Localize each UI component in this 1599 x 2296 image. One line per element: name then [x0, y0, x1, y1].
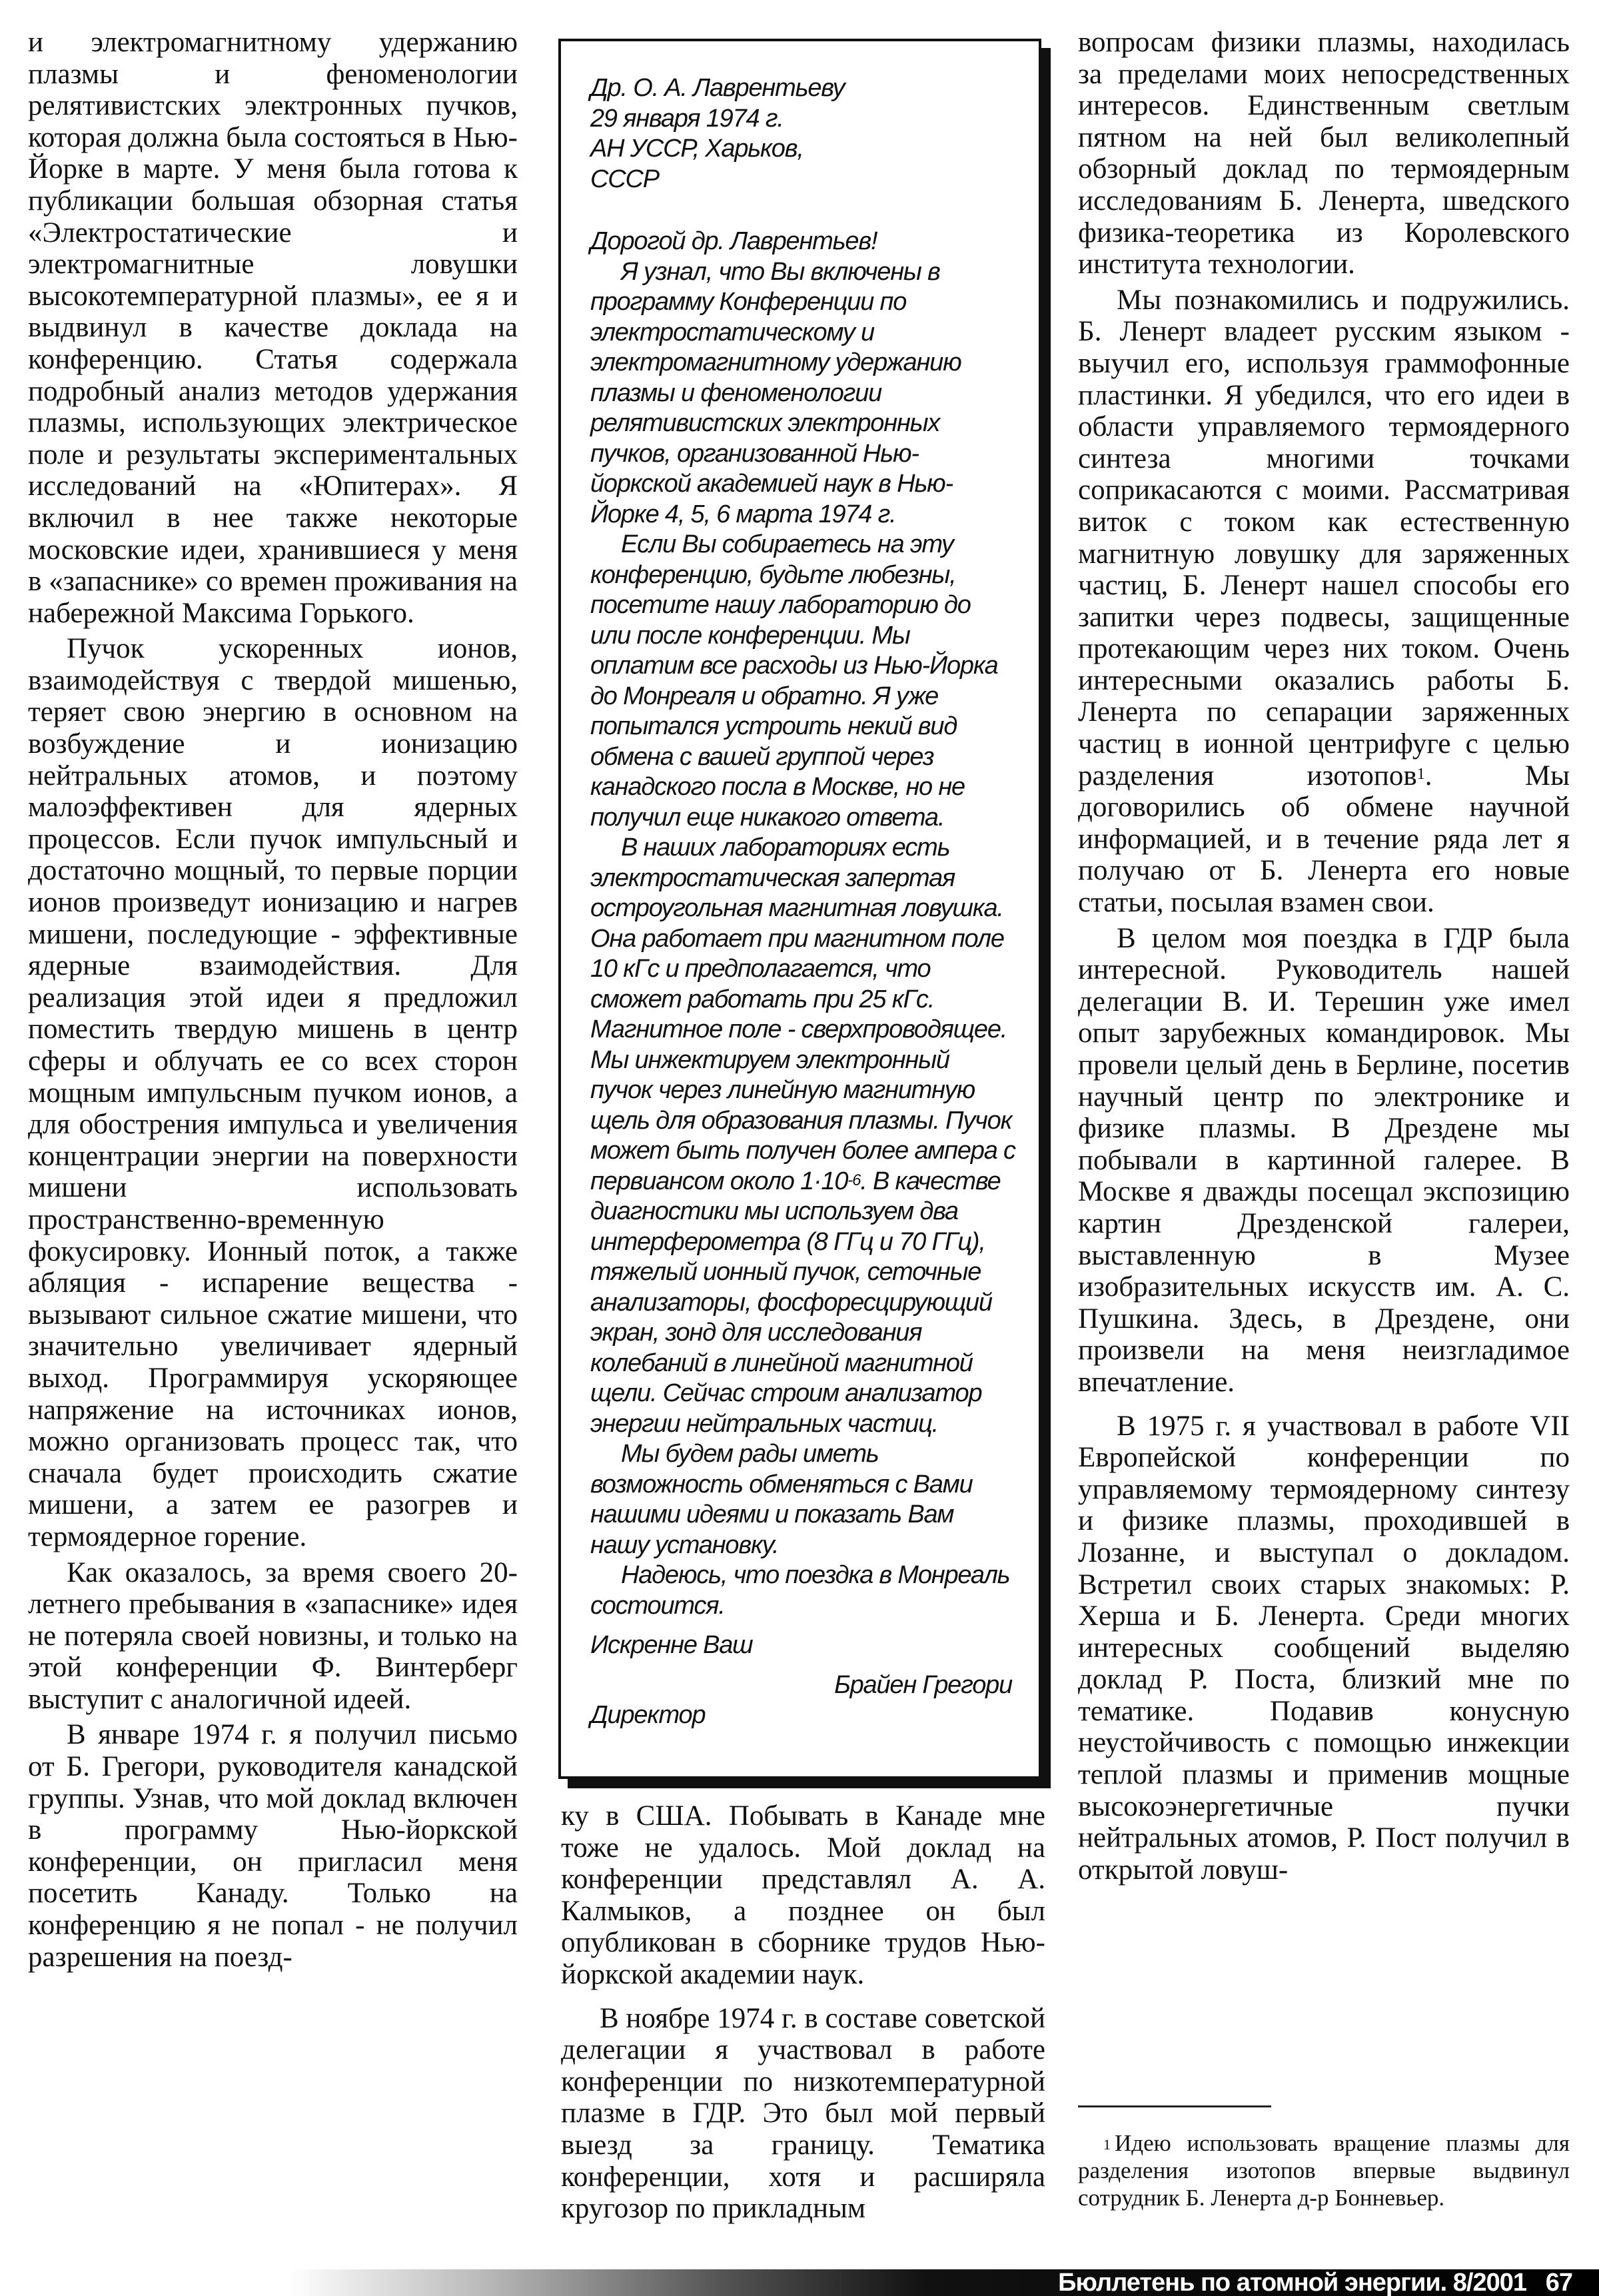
address-line: АН УССР, Харьков, [590, 134, 1016, 165]
right-text-column: вопросам физики плазмы, находилась за пр… [1078, 27, 1570, 1886]
page-footer-bar: Бюллетень по атомной энергии. 8/2001 67 [0, 2269, 1599, 2296]
paragraph: В целом моя поездка в ГДР была интересно… [1078, 923, 1570, 1399]
paragraph: вопросам физики плазмы, находилась за пр… [1078, 27, 1570, 281]
paragraph: В 1975 г. я участвовал в работе VII Евро… [1078, 1411, 1570, 1886]
letter-paragraph: Мы будем рады иметь возможность обменять… [590, 1439, 1016, 1560]
paragraph: В январе 1974 г. я получил письмо от Б. … [28, 1719, 518, 1973]
letter-paragraph: Если Вы собираетесь на эту конференцию, … [590, 530, 1016, 833]
journal-title: Бюллетень по атомной энергии. 8/2001 [1058, 2269, 1526, 2296]
paragraph-text: Мы познакомились и подружились. Б. Ленер… [1078, 285, 1570, 792]
address-line: СССР [590, 165, 1016, 195]
footer-text: Бюллетень по атомной энергии. 8/2001 67 [1058, 2269, 1572, 2296]
letter-paragraph: В наших лабораториях есть электростатиче… [590, 833, 1016, 1439]
address-line: 29 января 1974 г. [590, 104, 1016, 135]
footnote-marker: 1 [1103, 2136, 1111, 2153]
letter-paragraph: Надеюсь, что поездка в Монреаль состоитс… [590, 1560, 1016, 1621]
footnote-reference[interactable]: 1 [1417, 766, 1425, 783]
letter-text: В наших лабораториях есть электростатиче… [590, 834, 1015, 1195]
footnote-text: Идею использовать вращение плазмы для ра… [1078, 2130, 1570, 2211]
footnote-divider [1078, 2105, 1271, 2107]
left-text-column: и электромагнитному удержанию плазмы и ф… [28, 27, 518, 1973]
letter-paragraph: Я узнал, что Вы включены в программу Кон… [590, 257, 1016, 530]
paragraph: ку в США. Побывать в Канаде мне тоже не … [561, 1800, 1045, 1991]
paragraph: Мы познакомились и подружились. Б. Ленер… [1078, 285, 1570, 919]
letter-address: Др. О. А. Лаврентьеву 29 января 1974 г. … [590, 73, 1016, 195]
paragraph: Как оказалось, за время своего 20-летнег… [28, 1557, 518, 1716]
letter-greeting: Дорогой др. Лаврентьев! [590, 227, 1016, 257]
page-number: 67 [1546, 2269, 1572, 2296]
letter-closing: Искренне Ваш [590, 1630, 1016, 1661]
footnote: 1Идею использовать вращение плазмы для р… [1078, 2129, 1570, 2211]
exponent: -6 [847, 1171, 860, 1189]
address-line: Др. О. А. Лаврентьеву [590, 73, 1016, 104]
paragraph: В ноябре 1974 г. в составе советской дел… [561, 2003, 1045, 2225]
letter-signature-name: Брайен Грегори [590, 1670, 1016, 1701]
letter-inset-box: Др. О. А. Лаврентьеву 29 января 1974 г. … [558, 39, 1041, 1779]
paragraph: Пучок ускоренных ионов, взаимодействуя с… [28, 633, 518, 1552]
paragraph: и электромагнитному удержанию плазмы и ф… [28, 27, 518, 629]
middle-text-column: ку в США. Побывать в Канаде мне тоже не … [561, 1800, 1045, 2225]
letter-signature-title: Директор [590, 1700, 1016, 1731]
letter-text: . В качестве диагностики мы используем д… [590, 1167, 1001, 1438]
